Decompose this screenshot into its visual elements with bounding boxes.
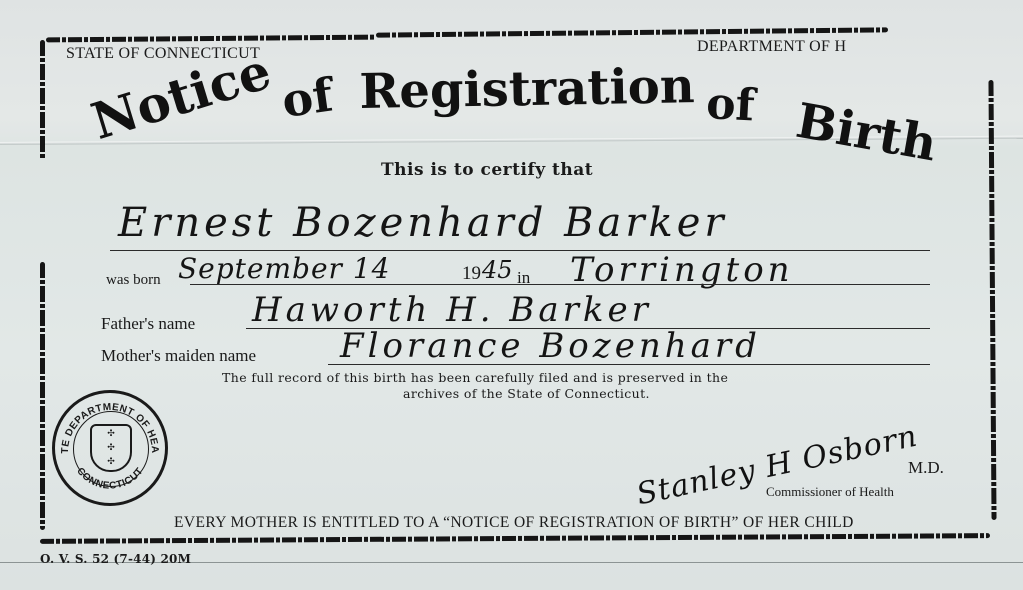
child-name-value: Ernest Bozenhard Barker [118, 200, 728, 246]
footer-slogan: EVERY MOTHER IS ENTITLED TO A “NOTICE OF… [174, 514, 854, 532]
border-left-lower [40, 262, 45, 530]
record-note-line2: archives of the State of Connecticut. [403, 386, 650, 401]
form-code: O. V. S. 52 (7-44) 20M [40, 552, 191, 566]
born-date-value: September 14 [178, 252, 390, 285]
in-label: in [517, 268, 530, 288]
seal-inner-ring: ✣✣✣ [73, 411, 149, 487]
mother-maiden-name-value: Florance Bozenhard [340, 326, 761, 366]
record-note-line1: The full record of this birth has been c… [222, 370, 728, 385]
certify-line: This is to certify that [381, 160, 593, 180]
health-department-seal: STATE DEPARTMENT OF HEALTH CONNECTICUT ✣… [52, 390, 168, 506]
year-prefix: 19 [462, 263, 481, 285]
title-word-registration: Registration [359, 58, 695, 120]
border-top-right [376, 27, 888, 37]
title-word-of-2: of [705, 78, 756, 131]
mother-underline [328, 364, 930, 365]
coat-of-arms-shield-icon: ✣✣✣ [90, 424, 132, 472]
department-header: DEPARTMENT OF H [697, 38, 846, 56]
certificate-paper: STATE OF CONNECTICUT DEPARTMENT OF H Not… [0, 0, 1023, 590]
border-left [40, 40, 45, 160]
commissioner-title: Commissioner of Health [766, 484, 894, 500]
born-label: was born [106, 272, 161, 289]
year-value: 45 [482, 256, 513, 284]
title-word-birth: Birth [792, 93, 941, 173]
name-underline [110, 250, 930, 251]
mother-label: Mother's maiden name [101, 346, 256, 366]
border-bottom [40, 533, 990, 544]
father-name-value: Haworth H. Barker [252, 290, 652, 330]
border-right [988, 80, 996, 520]
border-top [46, 35, 376, 43]
signature-suffix: M.D. [908, 458, 944, 478]
born-underline [190, 284, 930, 285]
title-word-of: of [278, 67, 336, 128]
father-label: Father's name [101, 314, 195, 334]
